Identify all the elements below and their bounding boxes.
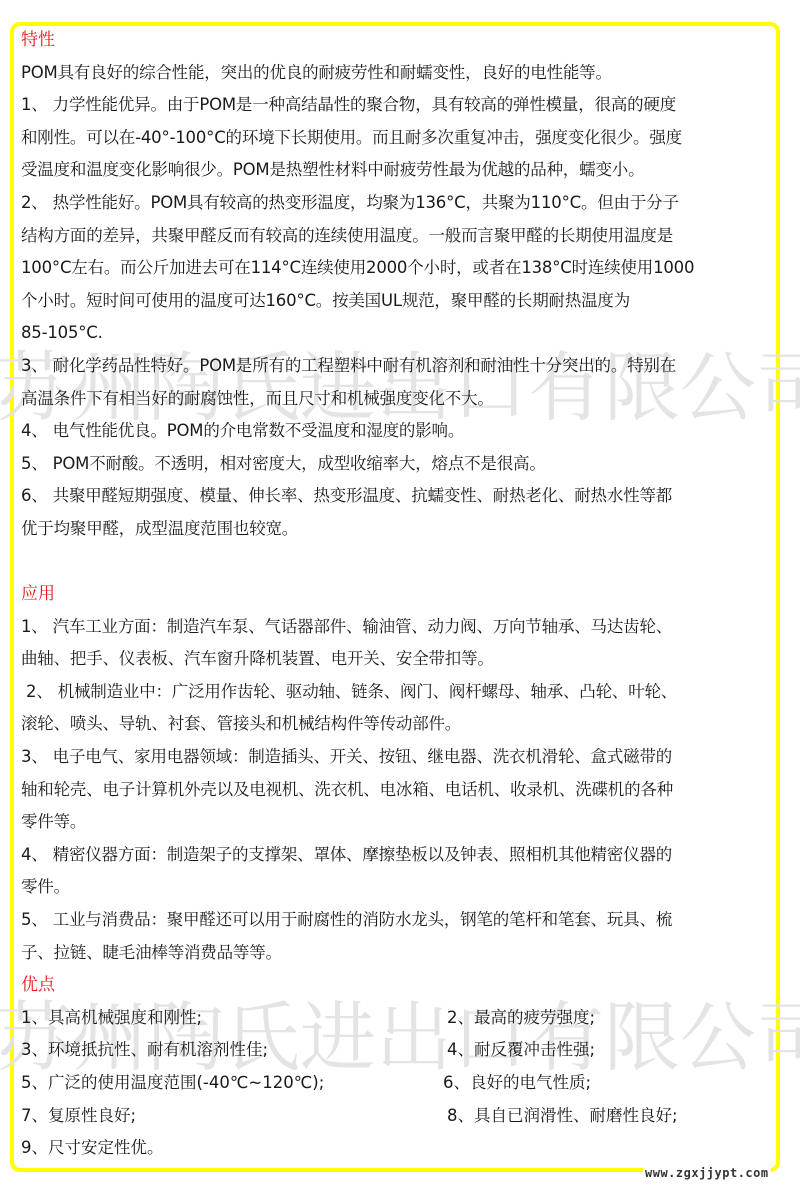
advantages-row: 7、复原性良好; 8、具自已润滑性、耐磨性良好; [21, 1100, 781, 1133]
text-line: 100°C左右。而公斤加进去可在114°C连续使用2000个小时，或者在138°… [21, 252, 781, 285]
text-line: POM具有良好的综合性能，突出的优良的耐疲劳性和耐蠕变性，良好的电性能等。 [21, 57, 781, 90]
text-line: 受温度和温度变化影响很少。POM是热塑性材料中耐疲劳性最为优越的品种，蠕变小。 [21, 154, 781, 187]
text-line: 3、 耐化学药品性特好。POM是所有的工程塑料中耐有机溶剂和耐油性十分突出的。特… [21, 350, 781, 383]
section-heading-applications: 应用 [21, 578, 781, 611]
advantage-item: 4、耐反覆冲击性强; [447, 1034, 595, 1067]
text-line: 高温条件下有相当好的耐腐蚀性，而且尺寸和机械强度变化不大。 [21, 383, 781, 416]
text-line: 1、 汽车工业方面：制造汽车泵、气话器部件、输油管、动力阀、万向节轴承、马达齿轮… [21, 611, 781, 644]
section-heading-properties: 特性 [21, 24, 781, 57]
advantage-item: 9、尺寸安定性优。 [21, 1132, 164, 1165]
text-line: 结构方面的差异，共聚甲醛反而有较高的连续使用温度。一般而言聚甲醛的长期使用温度是 [21, 220, 781, 253]
advantage-item: 8、具自已润滑性、耐磨性良好; [447, 1100, 678, 1133]
advantage-item: 5、广泛的使用温度范围(-40℃~120℃); [21, 1067, 324, 1100]
site-url-watermark: www.zgxjjypt.com [643, 1166, 771, 1180]
advantage-item: 2、最高的疲劳强度; [447, 1002, 595, 1035]
advantage-item: 6、良好的电气性质; [443, 1067, 591, 1100]
advantage-item: 3、环境抵抗性、耐有机溶剂性佳; [21, 1034, 268, 1067]
text-line: 2、 热学性能好。POM具有较高的热变形温度，均聚为136°C，共聚为110°C… [21, 187, 781, 220]
text-line: 1、 力学性能优异。由于POM是一种高结晶性的聚合物，具有较高的弹性模量，很高的… [21, 89, 781, 122]
text-line: 和刚性。可以在-40°-100°C的环境下长期使用。而且耐多次重复冲击，强度变化… [21, 122, 781, 155]
section-spacer [21, 546, 781, 579]
text-line: 轴和轮壳、电子计算机外壳以及电视机、洗衣机、电冰箱、电话机、收录机、洗碟机的各种 [21, 774, 781, 807]
product-description: 特性 POM具有良好的综合性能，突出的优良的耐疲劳性和耐蠕变性，良好的电性能等。… [21, 24, 781, 1165]
text-line: 5、 POM不耐酸。不透明，相对密度大，成型收缩率大，熔点不是很高。 [21, 448, 781, 481]
text-line: 85-105°C. [21, 317, 781, 350]
text-line: 4、 精密仪器方面：制造架子的支撑架、罩体、摩擦垫板以及钟表、照相机其他精密仪器… [21, 839, 781, 872]
advantage-item: 1、具高机械强度和刚性; [21, 1002, 202, 1035]
advantages-row: 9、尺寸安定性优。 [21, 1132, 781, 1165]
text-line: 零件等。 [21, 806, 781, 839]
text-line: 优于均聚甲醛，成型温度范围也较宽。 [21, 513, 781, 546]
advantage-item: 7、复原性良好; [21, 1100, 136, 1133]
advantages-row: 3、环境抵抗性、耐有机溶剂性佳; 4、耐反覆冲击性强; [21, 1034, 781, 1067]
advantages-row: 5、广泛的使用温度范围(-40℃~120℃); 6、良好的电气性质; [21, 1067, 781, 1100]
text-line: 曲轴、把手、仪表板、汽车窗升降机装置、电开关、安全带扣等。 [21, 643, 781, 676]
text-line: 零件。 [21, 871, 781, 904]
text-line: 5、 工业与消费品：聚甲醛还可以用于耐腐性的消防水龙头，钢笔的笔杆和笔套、玩具、… [21, 904, 781, 937]
text-line: 2、 机械制造业中：广泛用作齿轮、驱动轴、链条、阀门、阀杆螺母、轴承、凸轮、叶轮… [21, 676, 781, 709]
advantages-section: 1、具高机械强度和刚性; 2、最高的疲劳强度; 3、环境抵抗性、耐有机溶剂性佳;… [21, 1002, 781, 1165]
properties-section: POM具有良好的综合性能，突出的优良的耐疲劳性和耐蠕变性，良好的电性能等。 1、… [21, 57, 781, 546]
text-line: 滚轮、喷头、导轨、衬套、管接头和机械结构件等传动部件。 [21, 708, 781, 741]
text-line: 子、拉链、睫毛油棒等消费品等等。 [21, 937, 781, 970]
text-line: 4、 电气性能优良。POM的介电常数不受温度和湿度的影响。 [21, 415, 781, 448]
text-line: 个小时。短时间可使用的温度可达160°C。按美国UL规范，聚甲醛的长期耐热温度为 [21, 285, 781, 318]
applications-section: 1、 汽车工业方面：制造汽车泵、气话器部件、输油管、动力阀、万向节轴承、马达齿轮… [21, 611, 781, 970]
advantages-row: 1、具高机械强度和刚性; 2、最高的疲劳强度; [21, 1002, 781, 1035]
section-heading-advantages: 优点 [21, 969, 781, 1002]
text-line: 3、 电子电气、家用电器领域：制造插头、开关、按钮、继电器、洗衣机滑轮、盒式磁带… [21, 741, 781, 774]
text-line: 6、 共聚甲醛短期强度、模量、伸长率、热变形温度、抗蠕变性、耐热老化、耐热水性等… [21, 480, 781, 513]
